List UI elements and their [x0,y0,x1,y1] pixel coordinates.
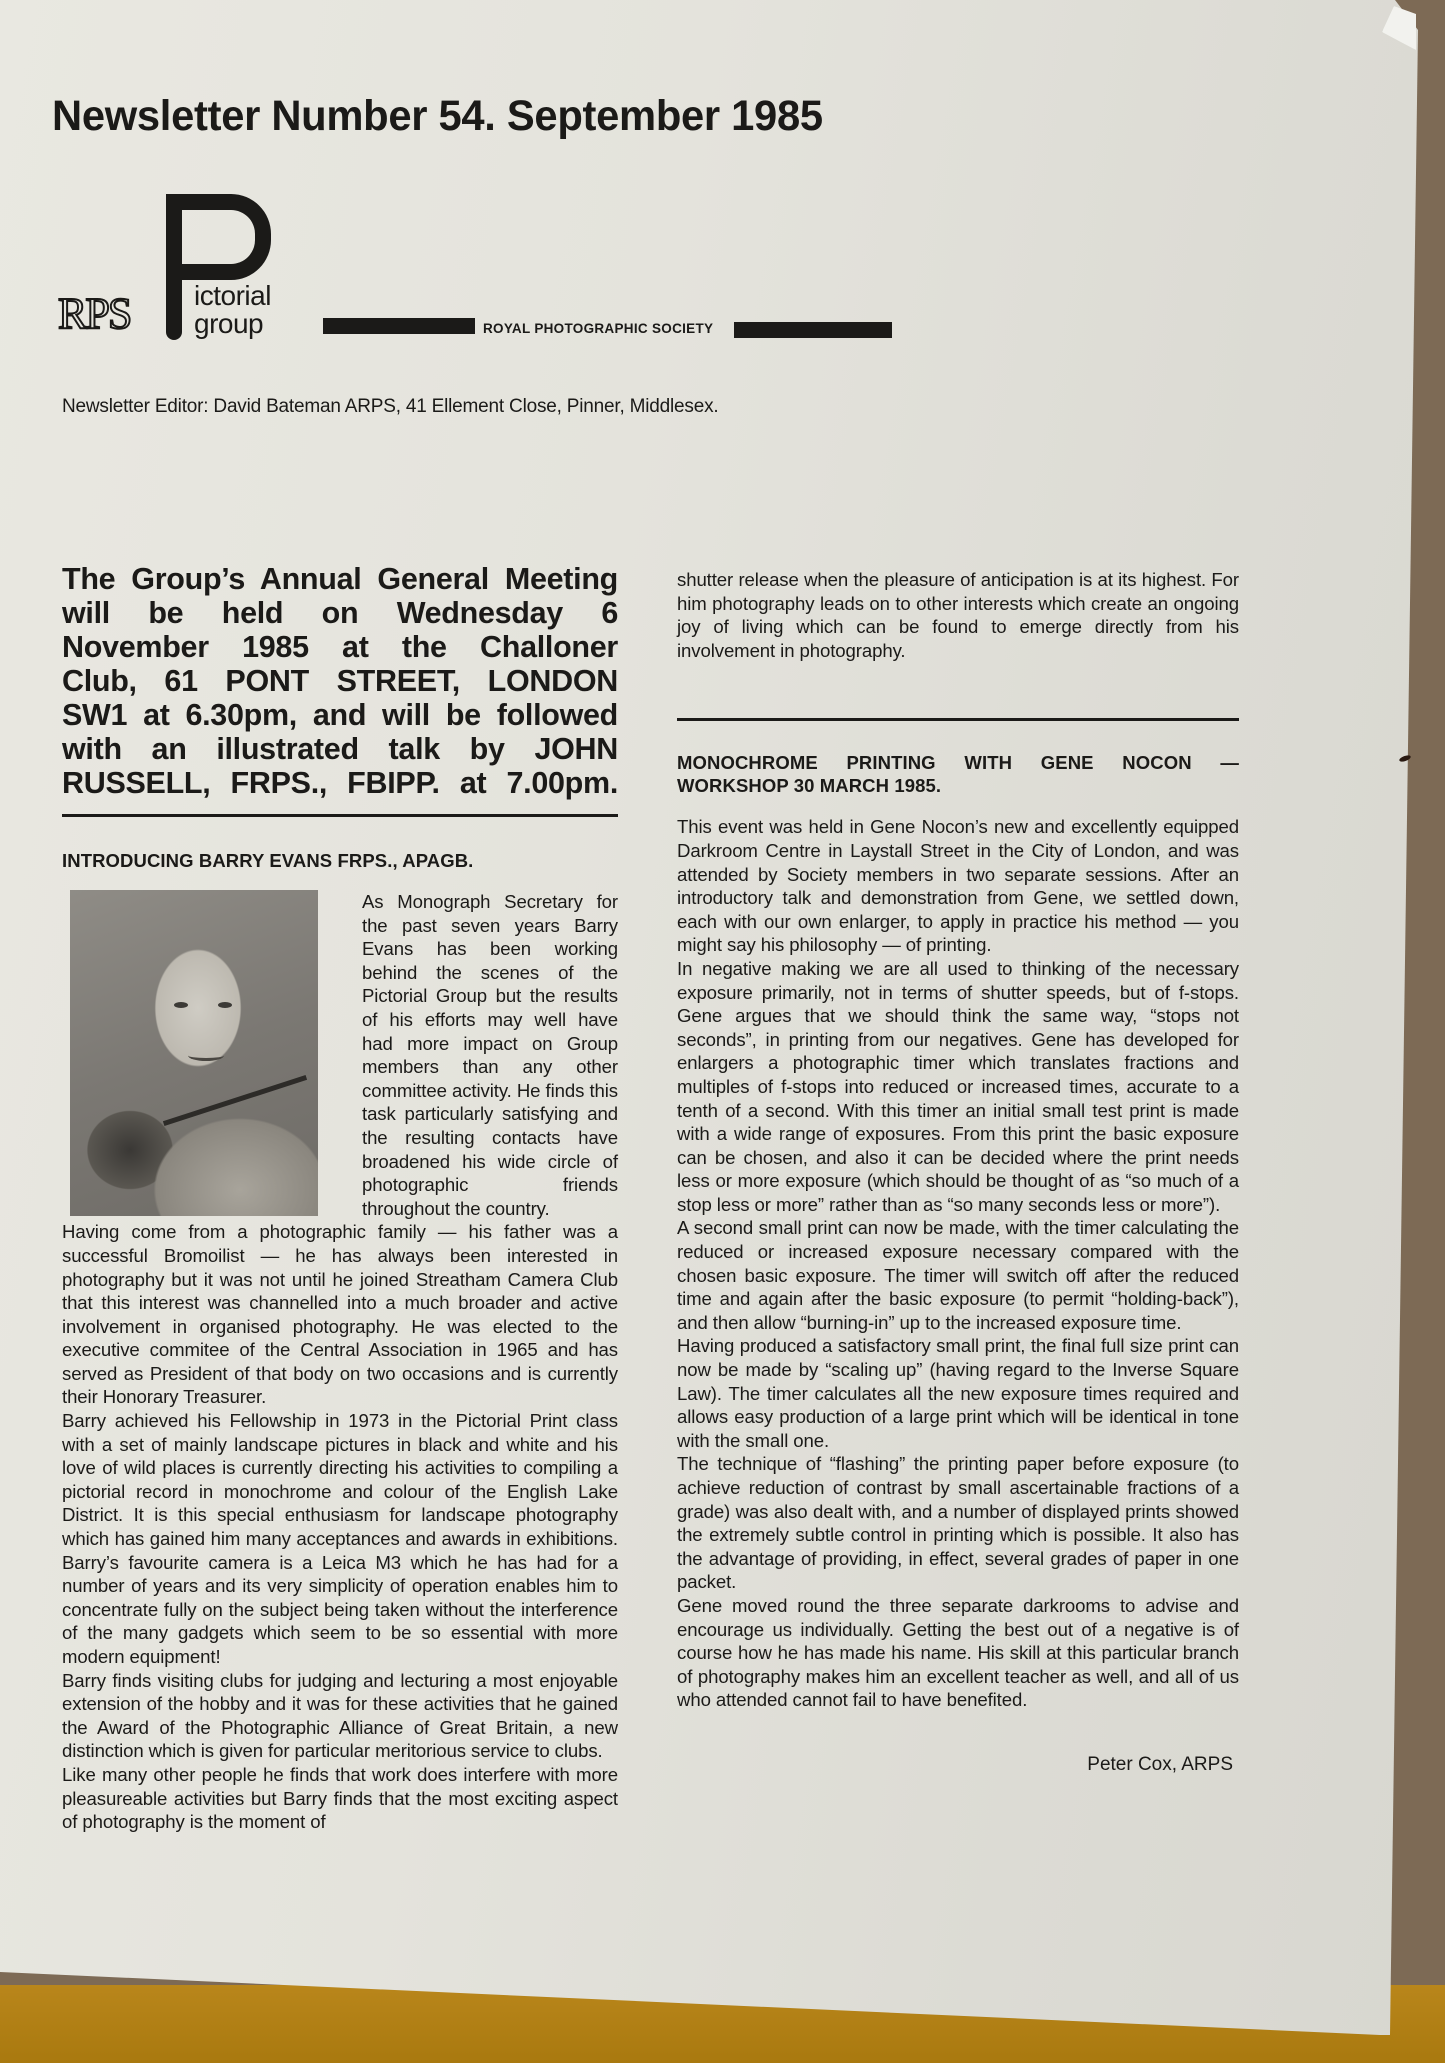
agm-line: will be held on Wednesday 6 [62,596,618,630]
p-logo-bowl-icon [166,194,271,280]
section-divider [677,718,1239,721]
photo-camera-strap [163,1075,307,1126]
agm-line: RUSSELL, FRPS., FBIPP. at 7.00pm. [62,766,618,800]
article-paragraph: Like many other people he finds that wor… [62,1763,618,1834]
newsletter-page: Newsletter Number 54. September 1985 RPS… [0,0,1418,2035]
logo-word-group: group [194,310,263,338]
photo-eye [174,1002,188,1008]
workshop-heading-line: MONOCHROME PRINTING WITH GENE NOCON — [677,751,1239,774]
barry-evans-continuation: shutter release when the pleasure of ant… [677,568,1239,662]
logo-bar-right [734,322,892,338]
agm-line: SW1 at 6.30pm, and will be followed [62,698,618,732]
workshop-article: This event was held in Gene Nocon’s new … [677,815,1239,1712]
workshop-heading: MONOCHROME PRINTING WITH GENE NOCON — WO… [677,751,1239,797]
article-paragraph: Having come from a photographic family —… [62,1220,618,1409]
rps-logo-text: RPS [58,288,130,339]
right-column: shutter release when the pleasure of ant… [677,568,1239,1776]
newsletter-title: Newsletter Number 54. September 1985 [52,92,823,141]
logo-word-pictorial: ictorial [194,282,271,310]
agm-line: The Group’s Annual General Meeting [62,562,618,596]
article-paragraph: The technique of “flashing” the printing… [677,1452,1239,1594]
workshop-heading-line: WORKSHOP 30 MARCH 1985. [677,774,1239,797]
rps-pictorial-group-logo: RPS ictorial group [58,188,298,348]
article-paragraph: Having produced a satisfactory small pri… [677,1334,1239,1452]
section-divider [62,814,618,817]
agm-line: November 1985 at the Challoner [62,630,618,664]
editor-line: Newsletter Editor: David Bateman ARPS, 4… [62,396,718,418]
photo-eye [218,1002,232,1008]
barry-evans-heading: INTRODUCING BARRY EVANS FRPS., APAGB. [62,849,618,872]
agm-line: with an illustrated talk by JOHN [62,732,618,766]
article-paragraph: This event was held in Gene Nocon’s new … [677,815,1239,957]
article-paragraph: Gene moved round the three separate dark… [677,1594,1239,1712]
agm-notice: The Group’s Annual General Meeting will … [62,562,618,800]
article-paragraph: Barry finds visiting clubs for judging a… [62,1669,618,1763]
royal-photographic-society-label: ROYAL PHOTOGRAPHIC SOCIETY [483,321,713,336]
author-signature: Peter Cox, ARPS [677,1754,1239,1776]
article-paragraph: In negative making we are all used to th… [677,957,1239,1217]
left-column: The Group’s Annual General Meeting will … [62,562,618,1834]
barry-evans-photo [70,890,318,1216]
photo-mouth [188,1050,224,1061]
barry-evans-article: As Monograph Secretary for the past seve… [62,890,618,1834]
logo-bar-left [323,318,475,334]
article-paragraph: A second small print can now be made, wi… [677,1216,1239,1334]
agm-line: Club, 61 PONT STREET, LONDON [62,664,618,698]
article-paragraph: Barry achieved his Fellowship in 1973 in… [62,1409,618,1669]
